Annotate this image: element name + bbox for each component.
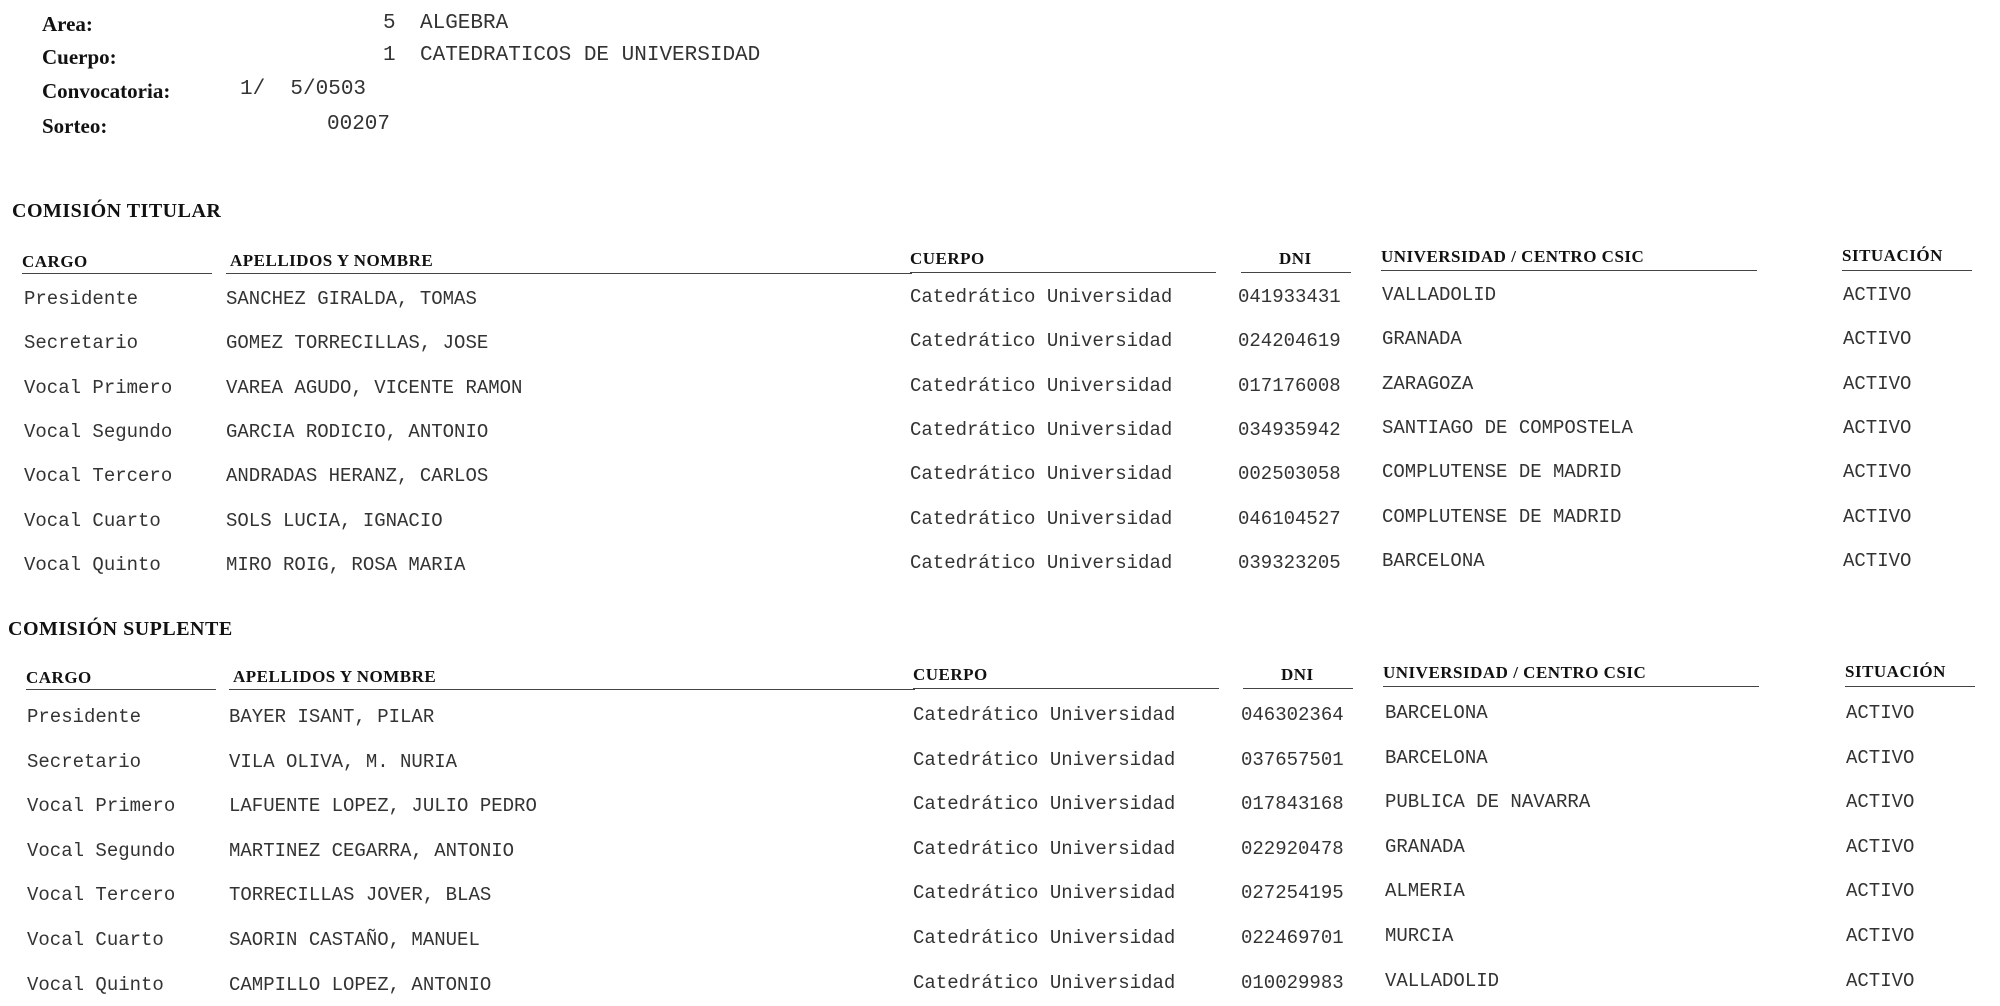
cell-dni: 024204619	[1238, 330, 1341, 352]
cell-cuerpo: Catedrático Universidad	[910, 375, 1172, 397]
cell-nombre: MARTINEZ CEGARRA, ANTONIO	[229, 840, 514, 862]
header-rule	[1381, 270, 1757, 271]
cell-situacion: ACTIVO	[1843, 417, 1911, 439]
cell-dni: 017843168	[1241, 793, 1344, 815]
col-header-nombre: APELLIDOS Y NOMBRE	[233, 667, 436, 687]
cell-dni: 010029983	[1241, 972, 1344, 994]
cell-nombre: SOLS LUCIA, IGNACIO	[226, 510, 443, 532]
header-rule	[226, 273, 912, 274]
cell-cuerpo: Catedrático Universidad	[910, 463, 1172, 485]
cell-cuerpo: Catedrático Universidad	[913, 972, 1175, 994]
cell-nombre: SANCHEZ GIRALDA, TOMAS	[226, 288, 477, 310]
cell-cargo: Secretario	[24, 332, 138, 354]
cell-cargo: Vocal Cuarto	[24, 510, 161, 532]
cell-dni: 022920478	[1241, 838, 1344, 860]
cell-situacion: ACTIVO	[1846, 880, 1914, 902]
cell-universidad: GRANADA	[1385, 836, 1465, 858]
cell-cargo: Presidente	[24, 288, 138, 310]
col-header-situacion: SITUACIÓN	[1845, 662, 1946, 682]
cell-universidad: COMPLUTENSE DE MADRID	[1382, 506, 1621, 528]
cell-situacion: ACTIVO	[1843, 550, 1911, 572]
cell-nombre: VAREA AGUDO, VICENTE RAMON	[226, 377, 522, 399]
cell-cargo: Vocal Primero	[27, 795, 175, 817]
cell-cuerpo: Catedrático Universidad	[910, 419, 1172, 441]
cell-universidad: BARCELONA	[1385, 747, 1488, 769]
cell-cuerpo: Catedrático Universidad	[910, 286, 1172, 308]
cell-universidad: SANTIAGO DE COMPOSTELA	[1382, 417, 1633, 439]
cell-dni: 046104527	[1238, 508, 1341, 530]
cell-situacion: ACTIVO	[1843, 328, 1911, 350]
cell-cargo: Vocal Cuarto	[27, 929, 164, 951]
cell-universidad: ZARAGOZA	[1382, 373, 1473, 395]
cell-dni: 041933431	[1238, 286, 1341, 308]
cell-situacion: ACTIVO	[1843, 284, 1911, 306]
cell-dni: 002503058	[1238, 463, 1341, 485]
col-header-universidad: UNIVERSIDAD / CENTRO CSIC	[1381, 247, 1644, 267]
cell-universidad: COMPLUTENSE DE MADRID	[1382, 461, 1621, 483]
cell-nombre: VILA OLIVA, M. NURIA	[229, 751, 457, 773]
cell-situacion: ACTIVO	[1843, 506, 1911, 528]
convocatoria-value: 1/ 5/0503	[240, 78, 366, 101]
cell-nombre: ANDRADAS HERANZ, CARLOS	[226, 465, 488, 487]
col-header-cuerpo: CUERPO	[910, 249, 985, 269]
header-rule	[913, 688, 1219, 689]
section-title-titular: COMISIÓN TITULAR	[12, 200, 221, 223]
area-label: Area:	[42, 12, 93, 37]
col-header-cuerpo: CUERPO	[913, 665, 988, 685]
col-header-nombre: APELLIDOS Y NOMBRE	[230, 251, 433, 271]
area-code: 5	[383, 12, 396, 35]
cell-dni: 037657501	[1241, 749, 1344, 771]
header-rule	[1243, 688, 1353, 689]
cell-universidad: GRANADA	[1382, 328, 1462, 350]
cell-dni: 022469701	[1241, 927, 1344, 949]
cell-situacion: ACTIVO	[1843, 373, 1911, 395]
cell-universidad: BARCELONA	[1385, 702, 1488, 724]
sorteo-value: 00207	[327, 113, 390, 136]
cell-universidad: BARCELONA	[1382, 550, 1485, 572]
cell-cargo: Presidente	[27, 706, 141, 728]
cell-nombre: SAORIN CASTAÑO, MANUEL	[229, 929, 480, 951]
area-value: ALGEBRA	[420, 12, 508, 35]
cell-dni: 027254195	[1241, 882, 1344, 904]
cell-nombre: MIRO ROIG, ROSA MARIA	[226, 554, 465, 576]
cell-cargo: Vocal Segundo	[24, 421, 172, 443]
cell-universidad: MURCIA	[1385, 925, 1453, 947]
cuerpo-label: Cuerpo:	[42, 45, 117, 70]
col-header-cargo: CARGO	[22, 252, 88, 272]
col-header-universidad: UNIVERSIDAD / CENTRO CSIC	[1383, 663, 1646, 683]
cell-situacion: ACTIVO	[1846, 970, 1914, 992]
cell-nombre: GARCIA RODICIO, ANTONIO	[226, 421, 488, 443]
section-title-suplente: COMISIÓN SUPLENTE	[8, 618, 233, 641]
header-rule	[910, 272, 1216, 273]
cell-situacion: ACTIVO	[1846, 702, 1914, 724]
header-rule	[22, 273, 212, 274]
cell-cuerpo: Catedrático Universidad	[913, 838, 1175, 860]
cell-cuerpo: Catedrático Universidad	[910, 552, 1172, 574]
cell-universidad: PUBLICA DE NAVARRA	[1385, 791, 1590, 813]
cell-cargo: Vocal Primero	[24, 377, 172, 399]
cell-nombre: CAMPILLO LOPEZ, ANTONIO	[229, 974, 491, 996]
cell-universidad: VALLADOLID	[1382, 284, 1496, 306]
cell-nombre: TORRECILLAS JOVER, BLAS	[229, 884, 491, 906]
col-header-dni: DNI	[1281, 665, 1314, 685]
cell-nombre: GOMEZ TORRECILLAS, JOSE	[226, 332, 488, 354]
cell-cuerpo: Catedrático Universidad	[913, 882, 1175, 904]
cell-situacion: ACTIVO	[1843, 461, 1911, 483]
cell-cuerpo: Catedrático Universidad	[910, 508, 1172, 530]
sorteo-label: Sorteo:	[42, 114, 107, 139]
cell-cargo: Vocal Quinto	[24, 554, 161, 576]
header-rule	[1842, 270, 1972, 271]
cuerpo-code: 1	[383, 44, 396, 67]
header-rule	[1383, 686, 1759, 687]
cell-cargo: Vocal Quinto	[27, 974, 164, 996]
cell-dni: 046302364	[1241, 704, 1344, 726]
cell-cargo: Vocal Segundo	[27, 840, 175, 862]
cell-cuerpo: Catedrático Universidad	[913, 793, 1175, 815]
cell-cuerpo: Catedrático Universidad	[913, 749, 1175, 771]
cell-situacion: ACTIVO	[1846, 747, 1914, 769]
cell-cargo: Vocal Tercero	[24, 465, 172, 487]
cell-dni: 039323205	[1238, 552, 1341, 574]
header-rule	[26, 689, 216, 690]
header-rule	[229, 689, 915, 690]
header-rule	[1845, 686, 1975, 687]
cell-nombre: BAYER ISANT, PILAR	[229, 706, 434, 728]
cell-cuerpo: Catedrático Universidad	[913, 927, 1175, 949]
cell-situacion: ACTIVO	[1846, 925, 1914, 947]
cell-cuerpo: Catedrático Universidad	[913, 704, 1175, 726]
cell-situacion: ACTIVO	[1846, 836, 1914, 858]
cuerpo-value: CATEDRATICOS DE UNIVERSIDAD	[420, 44, 760, 67]
cell-dni: 017176008	[1238, 375, 1341, 397]
cell-cuerpo: Catedrático Universidad	[910, 330, 1172, 352]
cell-situacion: ACTIVO	[1846, 791, 1914, 813]
cell-cargo: Vocal Tercero	[27, 884, 175, 906]
col-header-dni: DNI	[1279, 249, 1312, 269]
cell-nombre: LAFUENTE LOPEZ, JULIO PEDRO	[229, 795, 537, 817]
cell-universidad: ALMERIA	[1385, 880, 1465, 902]
convocatoria-label: Convocatoria:	[42, 79, 170, 104]
col-header-situacion: SITUACIÓN	[1842, 246, 1943, 266]
cell-cargo: Secretario	[27, 751, 141, 773]
cell-dni: 034935942	[1238, 419, 1341, 441]
header-rule	[1241, 272, 1351, 273]
col-header-cargo: CARGO	[26, 668, 92, 688]
cell-universidad: VALLADOLID	[1385, 970, 1499, 992]
